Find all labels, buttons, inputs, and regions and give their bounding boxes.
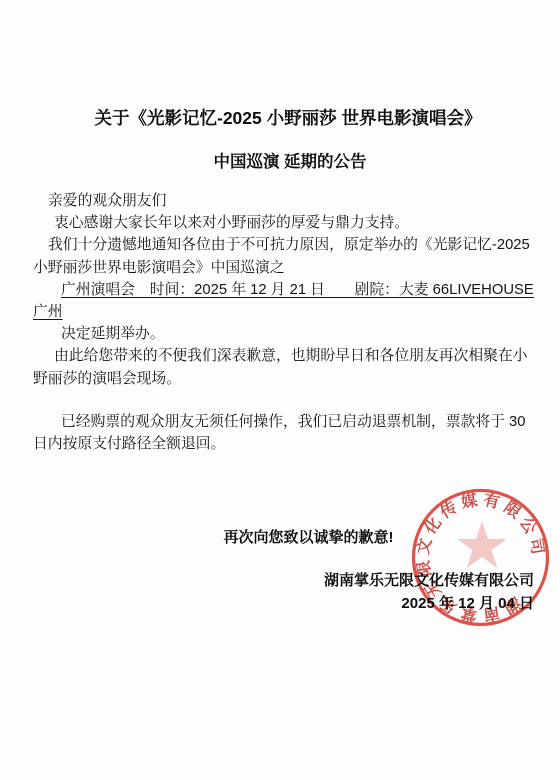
- document-body: 亲爱的观众朋友们 衷心感谢大家长年以来对小野丽莎的厚爱与鼎力支持。 我们十分遗憾…: [0, 174, 560, 615]
- signature-date: 2025 年 12 月 04 日: [33, 593, 534, 616]
- event-details-line: 广州演唱会 时间：2025 年 12 月 21 日 剧院：大麦 66LIVEHO…: [33, 279, 534, 323]
- closing-apology-line: 再次向您致以诚挚的歉意!: [58, 527, 559, 549]
- document-title: 关于《光影记忆-2025 小野丽莎 世界电影演唱会》: [8, 0, 560, 130]
- document-subtitle: 中国巡演 延期的公告: [10, 150, 560, 174]
- paragraph-thanks: 衷心感谢大家长年以来对小野丽莎的厚爱与鼎力支持。: [33, 212, 534, 234]
- salutation: 亲爱的观众朋友们: [33, 190, 534, 212]
- paragraph-apology: 由此给您带来的不便我们深表歉意，也期盼早日和各位朋友再次相聚在小野丽莎的演唱会现…: [33, 345, 534, 389]
- paragraph-refund: 已经购票的观众朋友无须任何操作，我们已启动退票机制，票款将于 30 日内按原支付…: [33, 411, 534, 455]
- paragraph-decision: 决定延期举办。: [33, 323, 534, 345]
- announcement-document: 关于《光影记忆-2025 小野丽莎 世界电影演唱会》 中国巡演 延期的公告 亲爱…: [0, 0, 560, 780]
- signature-company: 湖南掌乐无限文化传媒有限公司: [33, 570, 534, 593]
- paragraph-notice: 我们十分遗憾地通知各位由于不可抗力原因，原定举办的《光影记忆-2025 小野丽莎…: [33, 234, 534, 278]
- signature-block: 湖南掌乐无限文化传媒有限公司 2025 年 12 月 04 日: [33, 570, 534, 615]
